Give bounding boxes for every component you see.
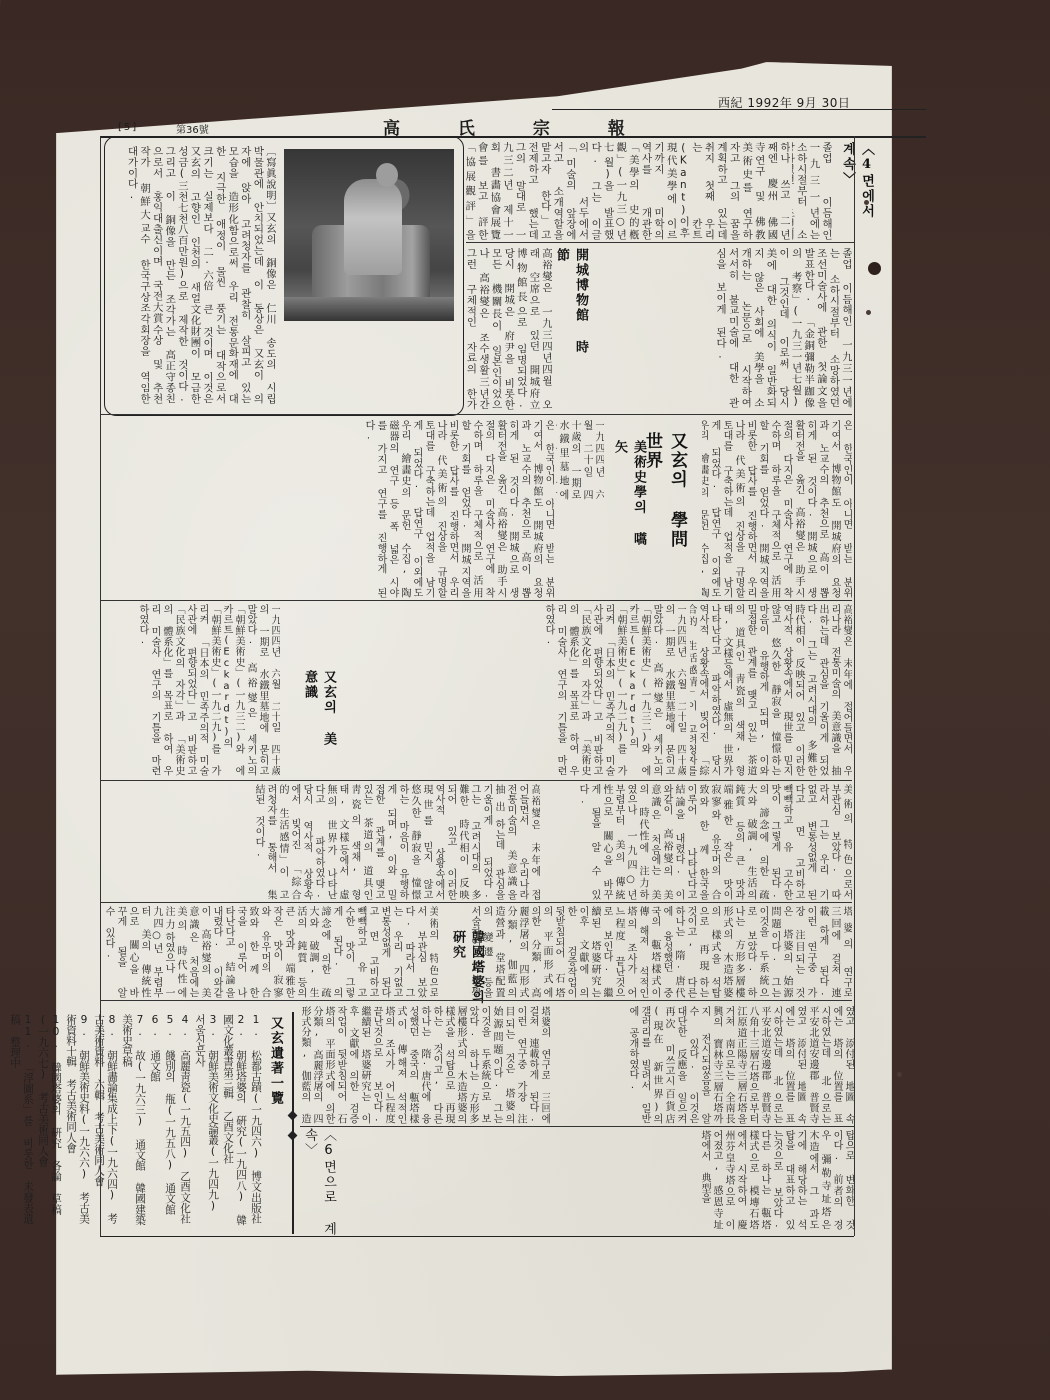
statue-figure	[344, 179, 402, 275]
works-item: 1. 松都古蹟(一九四六) 博文出版社	[249, 1014, 262, 1234]
continued-from: 〈4면에서 계속〉	[838, 142, 876, 242]
article-middle-left: 은 한국인이 아니면 받는 분위기여서 博物館도 開城府의 요청과 노교수의 추…	[100, 420, 554, 598]
works-item: 3. 朝鮮美術文化史論叢(一九四九) 서울신문사	[193, 1014, 219, 1234]
kaesong-museum-body: 高裕燮은 一九三四년四월 오래 空席으로 있던 開城府立博物館長으로 임명되었다…	[466, 248, 552, 410]
works-item: 5. 餞別의 甁(一九五八) 通文館	[163, 1014, 176, 1234]
aesthetics-body-right: 美術의 特色으로서 부관심 보았다. 따라서 그는 우리 기없고 변통성없게 된…	[544, 784, 852, 900]
photo-caption: 〔寫眞說明〕又玄의 銅像은 仁川 송도의 시립박물관에 안치되었는데 이 동상은…	[116, 146, 276, 404]
article-middle-right: 은 한국인이 아니면 받는 분위기여서 博物館도 開城府의 요청과 노교수의 추…	[702, 420, 852, 598]
section-divider	[100, 600, 852, 601]
scholarship-body-right: 高裕燮은 末年에 접어들면서 우리나라 전통미술의 美意識을 抽出하는데 관심을…	[690, 604, 852, 776]
article-intro-right: 졸업 이듬해인 一九三一년에는 소하시절부터 소망하였던 조선미술사에 관한 첫…	[792, 142, 832, 240]
aesthetics-body: 高裕燮은 末年에 접어들면서 우리나라 전통미술의 美意識을 抽出하는데 관심을…	[100, 784, 540, 900]
statue-photo	[284, 149, 454, 321]
section-divider	[100, 902, 852, 903]
continued-to: 〈6면으로 계속〉	[300, 1128, 338, 1238]
scholarship-body-left: 一九四四년 六월 二十일 四十歲의 一期로 水鐵里墓地에 묻히고 말았다. 高裕…	[100, 604, 280, 776]
article-bottom-edge: 였고 添付된 地圖 속에는 塔의 位置를 표시하였는데 北으로는 平安北道安邊郡…	[808, 1006, 854, 1124]
statue-head	[376, 163, 398, 187]
works-item: 4. 高麗靑瓷(一九五四) 乙酉文化社	[178, 1014, 191, 1234]
pagoda-body: 塔婆의 연구로 三回에 걸쳐 連載하게 된다. 이런 연구중 가장 注目되는 것…	[300, 1006, 550, 1124]
article-bottom-lower: 탑으로 변화한 것이다. 前者의 경우 彌勒寺址塔은 木造에서 그 과도기에 해…	[320, 1130, 854, 1230]
scholarship-body: 一九四四년 六월 二十일 四十歲의 一期로 水鐵里墓地에 묻히고 말았다. 高裕…	[316, 604, 686, 776]
aesthetics-body-2: 美術의 特色으로서 부관심 보았다. 따라서 그는 우리 기없고 변통성없게 된…	[100, 906, 438, 998]
section-divider	[100, 414, 852, 415]
scholarship-intro: 一九四四년 六월 二十일 四十歲의 一期로 水鐵里墓地에 묻히고 말았다. 高裕…	[556, 420, 604, 500]
works-item: 9. 朝鮮美術史料(一九六六) 考古美術資料十輯 考古美術同人會	[64, 1014, 90, 1234]
ornament-rule	[292, 1012, 294, 1234]
works-item: 10. 韓國塔婆의 硏究 各論 草稿(一九六七) 考古美術同人會	[36, 1014, 62, 1234]
works-list: 1. 松都古蹟(一九四六) 博文出版社 2. 朝鮮塔婆의 硏究(一九四八) 韓國…	[104, 1014, 262, 1234]
binder-hole	[868, 262, 881, 275]
works-item: 11. 「浮圖系」를 비롯한 未發表遺稿 整理中	[8, 1014, 34, 1234]
scholarship-subheading: 美術史學의 嚆矢	[610, 440, 648, 560]
binder-hole	[866, 310, 871, 315]
issue-number: 第36號	[176, 121, 209, 136]
works-item: 7. 故(一九六三) 通文館 韓國建築美術史草稿	[120, 1014, 146, 1234]
section-divider	[466, 242, 854, 243]
page-left-rule	[100, 136, 101, 1236]
section-divider	[100, 780, 852, 781]
works-item: 2. 朝鮮塔婆의 硏究(一九四八) 韓國文化叢書第三輯 乙酉文化社	[221, 1014, 247, 1234]
masthead-rule-right	[552, 109, 926, 110]
section-divider	[300, 1126, 854, 1127]
page-right-rule	[854, 136, 855, 1236]
article-bottom-right: 였고 添付된 地圖 속에는 塔의 位置를 표시하였는데 北으로는 平安北道安邊郡…	[556, 1006, 806, 1124]
binder-hole	[897, 1072, 902, 1077]
article-right-top: 졸업 이듬해인 一九三一년에는 소하시절부터 소망하였던 조선미술사에 관한 첫…	[574, 248, 852, 408]
page-bottom-rule	[100, 1236, 854, 1237]
statue-base	[284, 297, 454, 321]
section-divider	[100, 1000, 852, 1001]
works-item: 8. 朝鮮畵論集成上下(一九六四) 考古美術資料 六輯 考古美術同人會	[92, 1014, 118, 1234]
page-number: [5]	[118, 122, 138, 133]
works-heading: 又玄遺著一覽	[266, 1016, 285, 1126]
pagoda-body-top: 塔婆의 연구로 三回에 걸쳐 連載하게 된다. 이런 연구중 가장 注目되는 것…	[470, 906, 852, 998]
article-intro: 하나 쓰고 二년째엔 慶州 佛國寺연구 및 佛教美術史를 연구하자고 그의 꿈을…	[466, 142, 790, 240]
works-item: 6. 通文館	[148, 1014, 161, 1234]
